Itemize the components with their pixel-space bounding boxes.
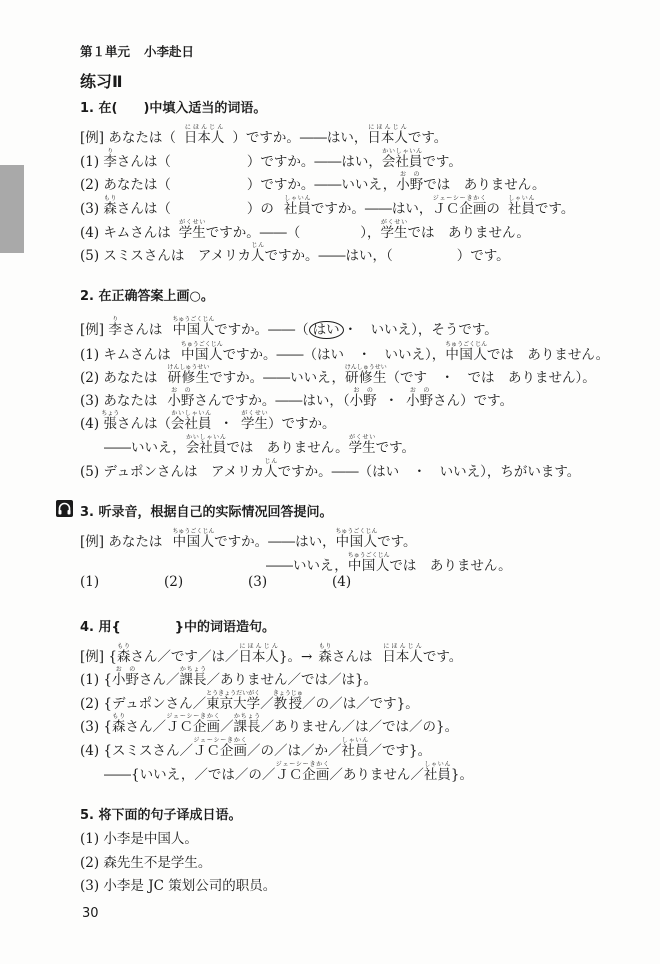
item-number: (5) bbox=[80, 464, 99, 480]
item-number: (3) bbox=[80, 393, 99, 409]
section1-example: [例] あなたは（日本人にほんじん）ですか。――はい，日本人にほんじんです。 bbox=[80, 124, 447, 146]
item-text: 小李是中国人。 bbox=[103, 831, 198, 847]
headphones-icon bbox=[56, 500, 73, 517]
ruby-word: 日本人にほんじん bbox=[184, 130, 225, 146]
section2-item-2: (2) あなたは研修生けんしゅうせいですか。――いいえ，研修生けんしゅうせい（で… bbox=[80, 364, 596, 386]
item-number: (4) bbox=[80, 416, 99, 432]
example-label: [例] bbox=[80, 534, 104, 550]
section5-title: 5. 将下面的句子译成日语。 bbox=[80, 808, 242, 824]
section2-item-3: (3) あなたは小野おのさんですか。――はい，（小野おの・小野おのさん）です。 bbox=[80, 387, 513, 409]
section4-item-4-answer: ――{いいえ，／では／の／ＪＣ企画ジェーシーきかく／ありません／社員しゃいん}。 bbox=[104, 761, 473, 783]
item-number: (2) bbox=[80, 696, 99, 712]
answer-slot-2: (2) bbox=[164, 574, 248, 590]
section5-item-2: (2) 森先生不是学生。 bbox=[80, 855, 211, 871]
section1-title-post: )中填入适当的词语。 bbox=[143, 101, 266, 116]
section4-item-3: (3) {森もりさん／ＪＣ企画ジェーシーきかく／課長かちょう／ありません／は／で… bbox=[80, 713, 458, 735]
section4-example: [例] {森もりさん／です／は／日本人にほんじん}。→森もりさんは日本人にほんじ… bbox=[80, 643, 462, 665]
item-number: (1) bbox=[80, 672, 99, 688]
running-header: 第１単元小李赴日 bbox=[80, 44, 194, 60]
section4-title-pre: 4. 用{ bbox=[80, 620, 121, 635]
unit-title: 小李赴日 bbox=[144, 44, 194, 59]
answer-slot-4: (4) bbox=[332, 574, 416, 590]
item-text: 森先生不是学生。 bbox=[103, 855, 211, 871]
section4-title: 4. 用{}中的词语造句。 bbox=[80, 620, 275, 636]
item-number: (2) bbox=[80, 370, 99, 386]
section2-example: [例] 李りさんは中国人ちゅうごくじんですか。――（はい・ いいえ），そうです。 bbox=[80, 316, 498, 338]
example-label: [例] bbox=[80, 322, 104, 338]
section3-answer-slots: (1)(2)(3)(4) bbox=[80, 574, 416, 590]
section5-item-1: (1) 小李是中国人。 bbox=[80, 831, 198, 847]
section2-item-4: (4) 張ちょうさんは（会社員かいしゃいん・学生がくせい）ですか。 bbox=[80, 410, 336, 432]
item-text: 小李是 JC 策划公司的职员。 bbox=[103, 878, 276, 894]
item-number: (4) bbox=[80, 225, 99, 241]
section1-item-3: (3) 森もりさんは（）の社員しゃいんですか。――はい，ＪＣ企画ジェーシーきかく… bbox=[80, 195, 574, 217]
chapter-side-tab bbox=[0, 165, 24, 253]
item-number: (2) bbox=[80, 177, 99, 193]
section1-item-4: (4) キムさんは学生がくせいですか。――（），学生がくせいでは ありません。 bbox=[80, 219, 530, 241]
ruby-word: 日本人にほんじん bbox=[367, 130, 408, 146]
example-label: [例] bbox=[80, 649, 104, 665]
section1-item-5: (5) スミスさんは アメリカ人じんですか。――はい，（）です。 bbox=[80, 242, 510, 264]
section1-title-pre: 1. 在( bbox=[80, 101, 117, 116]
item-number: (1) bbox=[80, 831, 99, 847]
section3-example: [例] あなたは中国人ちゅうごくじんですか。――はい，中国人ちゅうごくじんです。 bbox=[80, 528, 417, 550]
unit-label: 第１単元 bbox=[80, 44, 130, 59]
item-number: (4) bbox=[80, 743, 99, 759]
circled-answer: はい bbox=[309, 321, 344, 339]
section1-item-2: (2) あなたは（）ですか。――いいえ，小野おのでは ありません。 bbox=[80, 171, 546, 193]
item-number: (1) bbox=[80, 347, 99, 363]
item-number: (5) bbox=[80, 248, 99, 264]
section3-title: 3. 听录音，根据自己的实际情况回答提问。 bbox=[80, 505, 333, 521]
item-number: (2) bbox=[80, 855, 99, 871]
section2-item-4-answer: ――いいえ，会社員かいしゃいんでは ありません。学生がくせいです。 bbox=[104, 434, 415, 456]
answer-slot-3: (3) bbox=[248, 574, 332, 590]
section5-item-3: (3) 小李是 JC 策划公司的职员。 bbox=[80, 878, 276, 894]
section2-title: 2. 在正确答案上画○。 bbox=[80, 289, 214, 305]
text: ）ですか。――はい， bbox=[232, 130, 367, 146]
section4-item-4: (4) {スミスさん／ＪＣ企画ジェーシーきかく／の／は／か／社員しゃいん／です}… bbox=[80, 737, 431, 759]
text: です。 bbox=[408, 130, 447, 146]
section4-title-post: }中的词语造句。 bbox=[175, 620, 275, 635]
section4-item-2: (2) {デュポンさん／東京大学とうきょうだいがく／教授きょうじゅ／の／は／です… bbox=[80, 690, 419, 712]
exercise-title: 练习Ⅱ bbox=[80, 74, 123, 90]
page-number: 30 bbox=[82, 906, 99, 922]
item-number: (1) bbox=[80, 154, 99, 170]
section4-item-1: (1) {小野おのさん／課長かちょう／ありません／では／は}。 bbox=[80, 666, 377, 688]
section2-item-5: (5) デュポンさんは アメリカ人じんですか。――（はい ・ いいえ），ちがいま… bbox=[80, 458, 580, 480]
section2-item-1: (1) キムさんは中国人ちゅうごくじんですか。――（はい ・ いいえ），中国人ち… bbox=[80, 341, 609, 363]
item-number: (3) bbox=[80, 201, 99, 217]
section1-item-1: (1) 李りさんは（）ですか。――はい，会社員かいしゃいんです。 bbox=[80, 148, 462, 170]
item-number: (3) bbox=[80, 719, 99, 735]
section1-title: 1. 在()中填入适当的词语。 bbox=[80, 101, 266, 117]
section3-example-line2: ――いいえ，中国人ちゅうごくじんでは ありません。 bbox=[266, 552, 512, 574]
answer-slot-1: (1) bbox=[80, 574, 164, 590]
text: あなたは（ bbox=[108, 130, 176, 146]
item-number: (3) bbox=[80, 878, 99, 894]
example-label: [例] bbox=[80, 130, 104, 146]
